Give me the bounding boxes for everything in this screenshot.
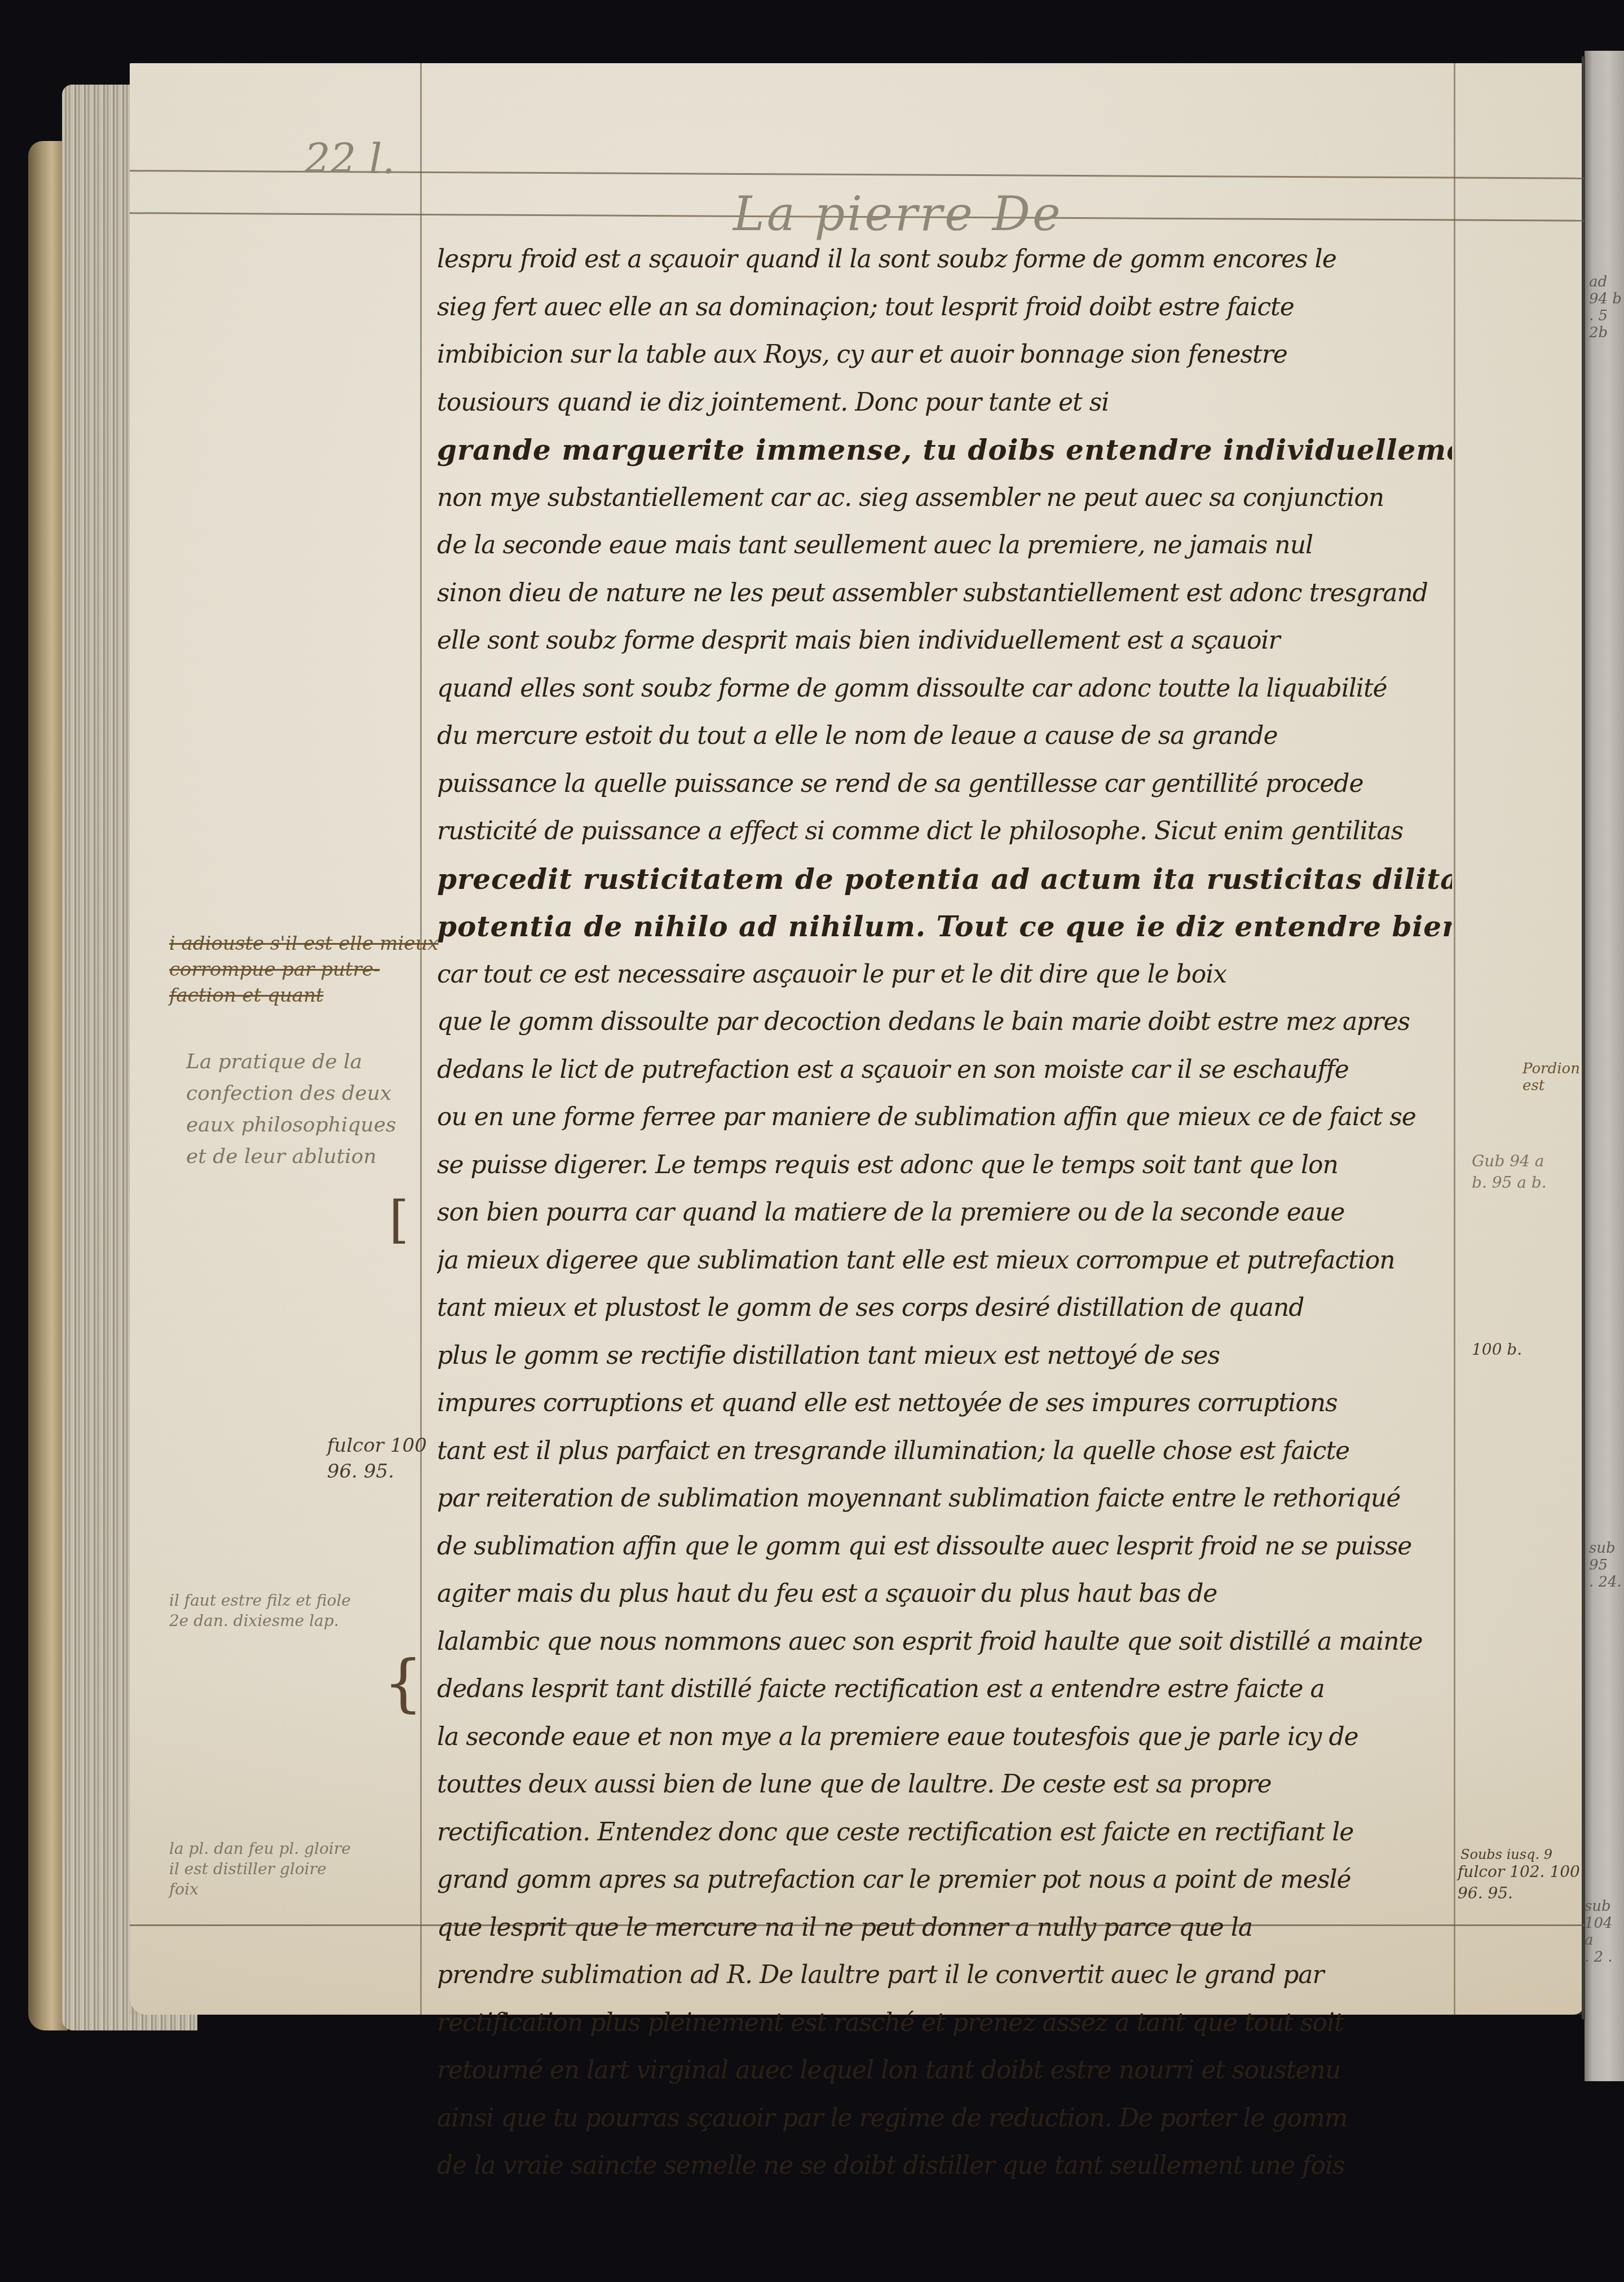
- text-line: grand gomm apres sa putrefaction car le …: [437, 1856, 1452, 1904]
- text-line: par reiteration de sublimation moyennant…: [437, 1475, 1452, 1523]
- text-line: rusticité de puissance a effect si comme…: [437, 808, 1452, 856]
- margin-note-struck: i adiouste s'il est elle mieux corrompue…: [169, 931, 439, 1008]
- text-line: grande marguerite immense, tu doibs ente…: [437, 426, 1452, 474]
- facing-page-note: sub 95 . 24.: [1589, 1540, 1624, 1591]
- text-line: sinon dieu de nature ne les peut assembl…: [437, 570, 1452, 618]
- text-line: prendre sublimation ad R. De laultre par…: [437, 1951, 1452, 1999]
- text-line: lalambic que nous nommons auec son espri…: [437, 1618, 1452, 1666]
- right-margin-rule: [1454, 63, 1455, 2015]
- text-line: car tout ce est necessaire asçauoir le p…: [437, 951, 1452, 999]
- text-line: de sublimation affin que le gomm qui est…: [437, 1523, 1452, 1571]
- text-line: que lesprit que le mercure na il ne peut…: [437, 1904, 1452, 1952]
- text-line: lespru froid est a sçauoir quand il la s…: [437, 236, 1452, 284]
- text-line: de la vraie saincte semelle ne se doibt …: [437, 2142, 1452, 2190]
- margin-note-pencil: la pl. dan feu pl. gloire il est distill…: [169, 1839, 351, 1900]
- text-line: dedans lesprit tant distillé faicte rect…: [437, 1666, 1452, 1713]
- text-line: tousiours quand ie diz jointement. Donc …: [437, 379, 1452, 427]
- margin-note-pencil: il faut estre filz et fiole 2e dan. dixi…: [169, 1591, 351, 1631]
- text-line: tant mieux et plustost le gomm de ses co…: [437, 1284, 1452, 1332]
- text-line: agiter mais du plus haut du feu est a sç…: [437, 1570, 1452, 1618]
- text-line: plus le gomm se rectifie distillation ta…: [437, 1332, 1452, 1380]
- folio-number: 22 l.: [304, 135, 395, 183]
- text-line: rectification. Entendez donc que ceste r…: [437, 1809, 1452, 1857]
- text-line: potentia de nihilo ad nihilum. Tout ce q…: [437, 903, 1452, 951]
- left-margin-rule: [420, 63, 422, 2015]
- margin-note-pratique: La pratique de la confection des deux ea…: [186, 1046, 396, 1173]
- gutter-shadow: [1582, 56, 1585, 2019]
- margin-note-right: fulcor 102. 100 96. 95.: [1458, 1861, 1580, 1904]
- facing-page-note: sub 104 a . 2 .: [1585, 1898, 1624, 1966]
- text-line: non mye substantiellement car ac. sieg a…: [437, 474, 1452, 522]
- text-line: ainsi que tu pourras sçauoir par le regi…: [437, 2095, 1452, 2143]
- text-line: du mercure estoit du tout a elle le nom …: [437, 712, 1452, 760]
- text-line: touttes deux aussi bien de lune que de l…: [437, 1761, 1452, 1809]
- text-line: que le gomm dissoulte par decoction deda…: [437, 998, 1452, 1046]
- main-text-block: lespru froid est a sçauoir quand il la s…: [437, 236, 1452, 2190]
- text-line: sieg fert auec elle an sa dominaçion; to…: [437, 284, 1452, 332]
- text-line: ou en une forme ferree par maniere de su…: [437, 1094, 1452, 1142]
- page-heading: La pierre De: [733, 186, 1063, 241]
- text-line: se puisse digerer. Le temps requis est a…: [437, 1142, 1452, 1190]
- bracket-mark: [: [389, 1190, 409, 1249]
- text-line: rectification plus pleinement est rasché…: [437, 1999, 1452, 2047]
- brace-mark: {: [383, 1647, 423, 1719]
- text-line: retourné en lart virginal auec lequel lo…: [437, 2047, 1452, 2095]
- text-line: imbibicion sur la table aux Roys, cy aur…: [437, 331, 1452, 379]
- text-line: precedit rusticitatem de potentia ad act…: [437, 856, 1452, 904]
- text-line: son bien pourra car quand la matiere de …: [437, 1189, 1452, 1237]
- facing-page-strip: ad 94 b . 5 2b sub 95 . 24. sub 104 a . …: [1585, 51, 1624, 2081]
- text-line: puissance la quelle puissance se rend de…: [437, 760, 1452, 808]
- margin-note-right: Gub 94 a b. 95 a b.: [1472, 1151, 1547, 1193]
- margin-note-right: 100 b.: [1472, 1337, 1522, 1363]
- text-line: quand elles sont soubz forme de gomm dis…: [437, 665, 1452, 713]
- text-line: tant est il plus parfaict en tresgrande …: [437, 1428, 1452, 1475]
- text-line: elle sont soubz forme desprit mais bien …: [437, 617, 1452, 665]
- margin-note-reference: fulcor 100 96. 95.: [327, 1433, 427, 1484]
- text-line: la seconde eaue et non mye a la premiere…: [437, 1713, 1452, 1761]
- text-line: dedans le lict de putrefaction est a sça…: [437, 1046, 1452, 1094]
- text-line: impures corruptions et quand elle est ne…: [437, 1380, 1452, 1428]
- margin-note-right: Pordion est: [1522, 1060, 1580, 1094]
- text-line: de la seconde eaue mais tant seullement …: [437, 522, 1452, 570]
- facing-page-note: ad 94 b . 5 2b: [1589, 274, 1624, 341]
- text-line: ja mieux digeree que sublimation tant el…: [437, 1237, 1452, 1285]
